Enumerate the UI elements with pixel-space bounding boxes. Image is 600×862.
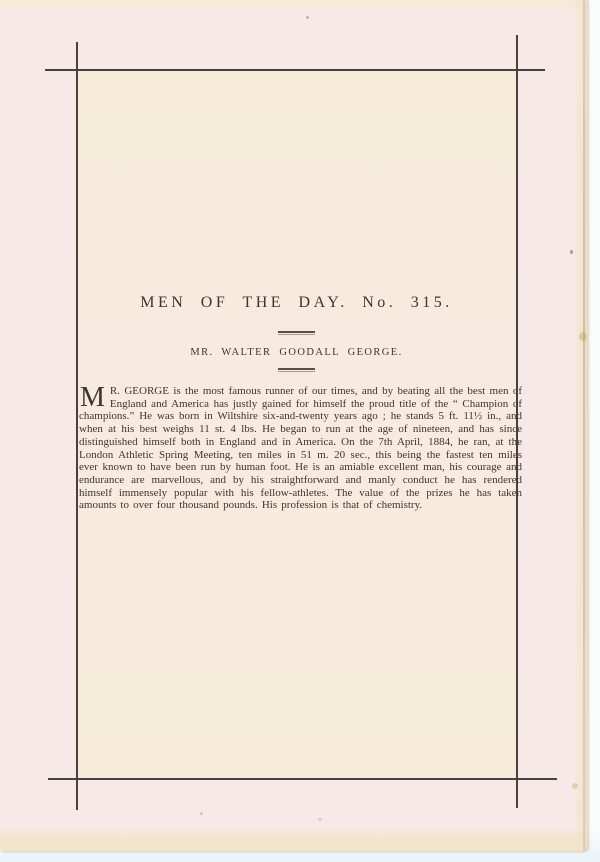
divider-rule-bottom (278, 368, 315, 372)
scanner-background: MEN OF THE DAY. No. 315. MR. WALTER GOOD… (0, 0, 600, 862)
frame-line-bottom (48, 778, 557, 780)
foxing-spot (200, 812, 203, 815)
frame-line-left (76, 42, 78, 810)
foxing-spot (570, 250, 573, 254)
paper-edge-crease (583, 0, 585, 851)
page-subtitle: MR. WALTER GOODALL GEORGE. (76, 347, 517, 358)
article-text: R. GEORGE is the most famous runner of o… (79, 385, 522, 511)
page-title: MEN OF THE DAY. No. 315. (76, 294, 517, 312)
frame-line-top (45, 69, 545, 71)
foxing-spot (572, 783, 578, 789)
article-paragraph: MR. GEORGE is the most famous runner of … (79, 385, 522, 512)
paper-page: MEN OF THE DAY. No. 315. MR. WALTER GOOD… (0, 0, 588, 851)
divider-rule-top (278, 331, 315, 335)
foxing-spot (318, 818, 322, 821)
dropcap-letter: M (79, 385, 110, 410)
foxing-spot (306, 16, 309, 19)
